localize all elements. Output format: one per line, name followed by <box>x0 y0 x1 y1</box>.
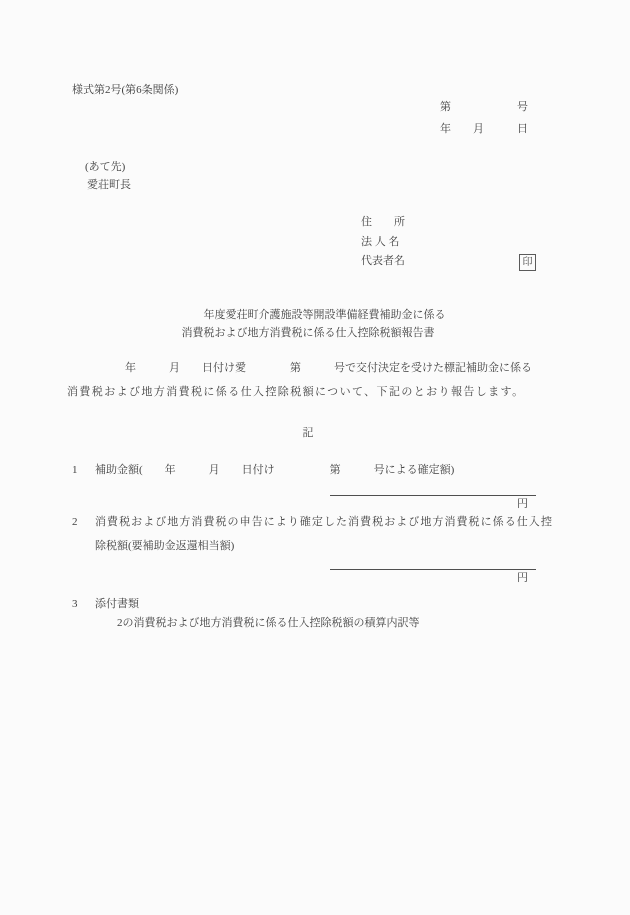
item-2-text-line-1: 消費税および地方消費税の申告により確定した消費税および地方消費税に係る仕入控 <box>95 516 553 529</box>
item-3-number: 3 <box>72 598 78 611</box>
seal-mark-box: 印 <box>519 254 536 271</box>
item-1-text: 補助金額( 年 月 日付け 第 号による確定額) <box>95 464 454 477</box>
item-2-amount-blank: 円 <box>330 553 536 570</box>
item-3-attachment-detail: 2の消費税および地方消費税に係る仕入控除税額の積算内訳等 <box>117 617 420 630</box>
document-page: 様式第2号(第6条関係) 第 号 年 月 日 (あて先) 愛荘町長 住 所 法 … <box>0 0 630 915</box>
date-line: 年 月 日 <box>440 123 528 136</box>
form-number: 様式第2号(第6条関係) <box>72 84 178 97</box>
addressee-name: 愛荘町長 <box>87 179 131 192</box>
sender-representative-label: 代表者名 <box>361 255 405 268</box>
item-1-amount-blank: 円 <box>330 479 536 496</box>
title-line-2: 消費税および地方消費税に係る仕入控除税額報告書 <box>0 325 616 343</box>
addressee-label: (あて先) <box>85 161 125 174</box>
seal-character: 印 <box>523 257 533 268</box>
record-marker: 記 <box>0 427 616 440</box>
item-1-number: 1 <box>72 464 78 477</box>
yen-unit-label: 円 <box>517 498 528 510</box>
sender-address-label: 住 所 <box>361 216 405 229</box>
item-3-text: 添付書類 <box>95 598 139 611</box>
sender-corporation-label: 法 人 名 <box>361 236 400 249</box>
document-number-line: 第 号 <box>440 101 528 114</box>
item-2-number: 2 <box>72 516 78 529</box>
yen-unit-label: 円 <box>517 572 528 584</box>
body-paragraph-line-1: 年 月 日付け愛 第 号で交付決定を受けた標記補助金に係る <box>70 362 532 375</box>
document-title: 年度愛荘町介護施設等開設準備経費補助金に係る 消費税および地方消費税に係る仕入控… <box>0 307 616 342</box>
body-paragraph-line-2: 消費税および地方消費税に係る仕入控除税額について、下記のとおり報告します。 <box>67 386 524 399</box>
item-2-text-line-2: 除税額(要補助金返還相当額) <box>95 540 234 553</box>
title-line-1: 年度愛荘町介護施設等開設準備経費補助金に係る <box>0 307 616 325</box>
